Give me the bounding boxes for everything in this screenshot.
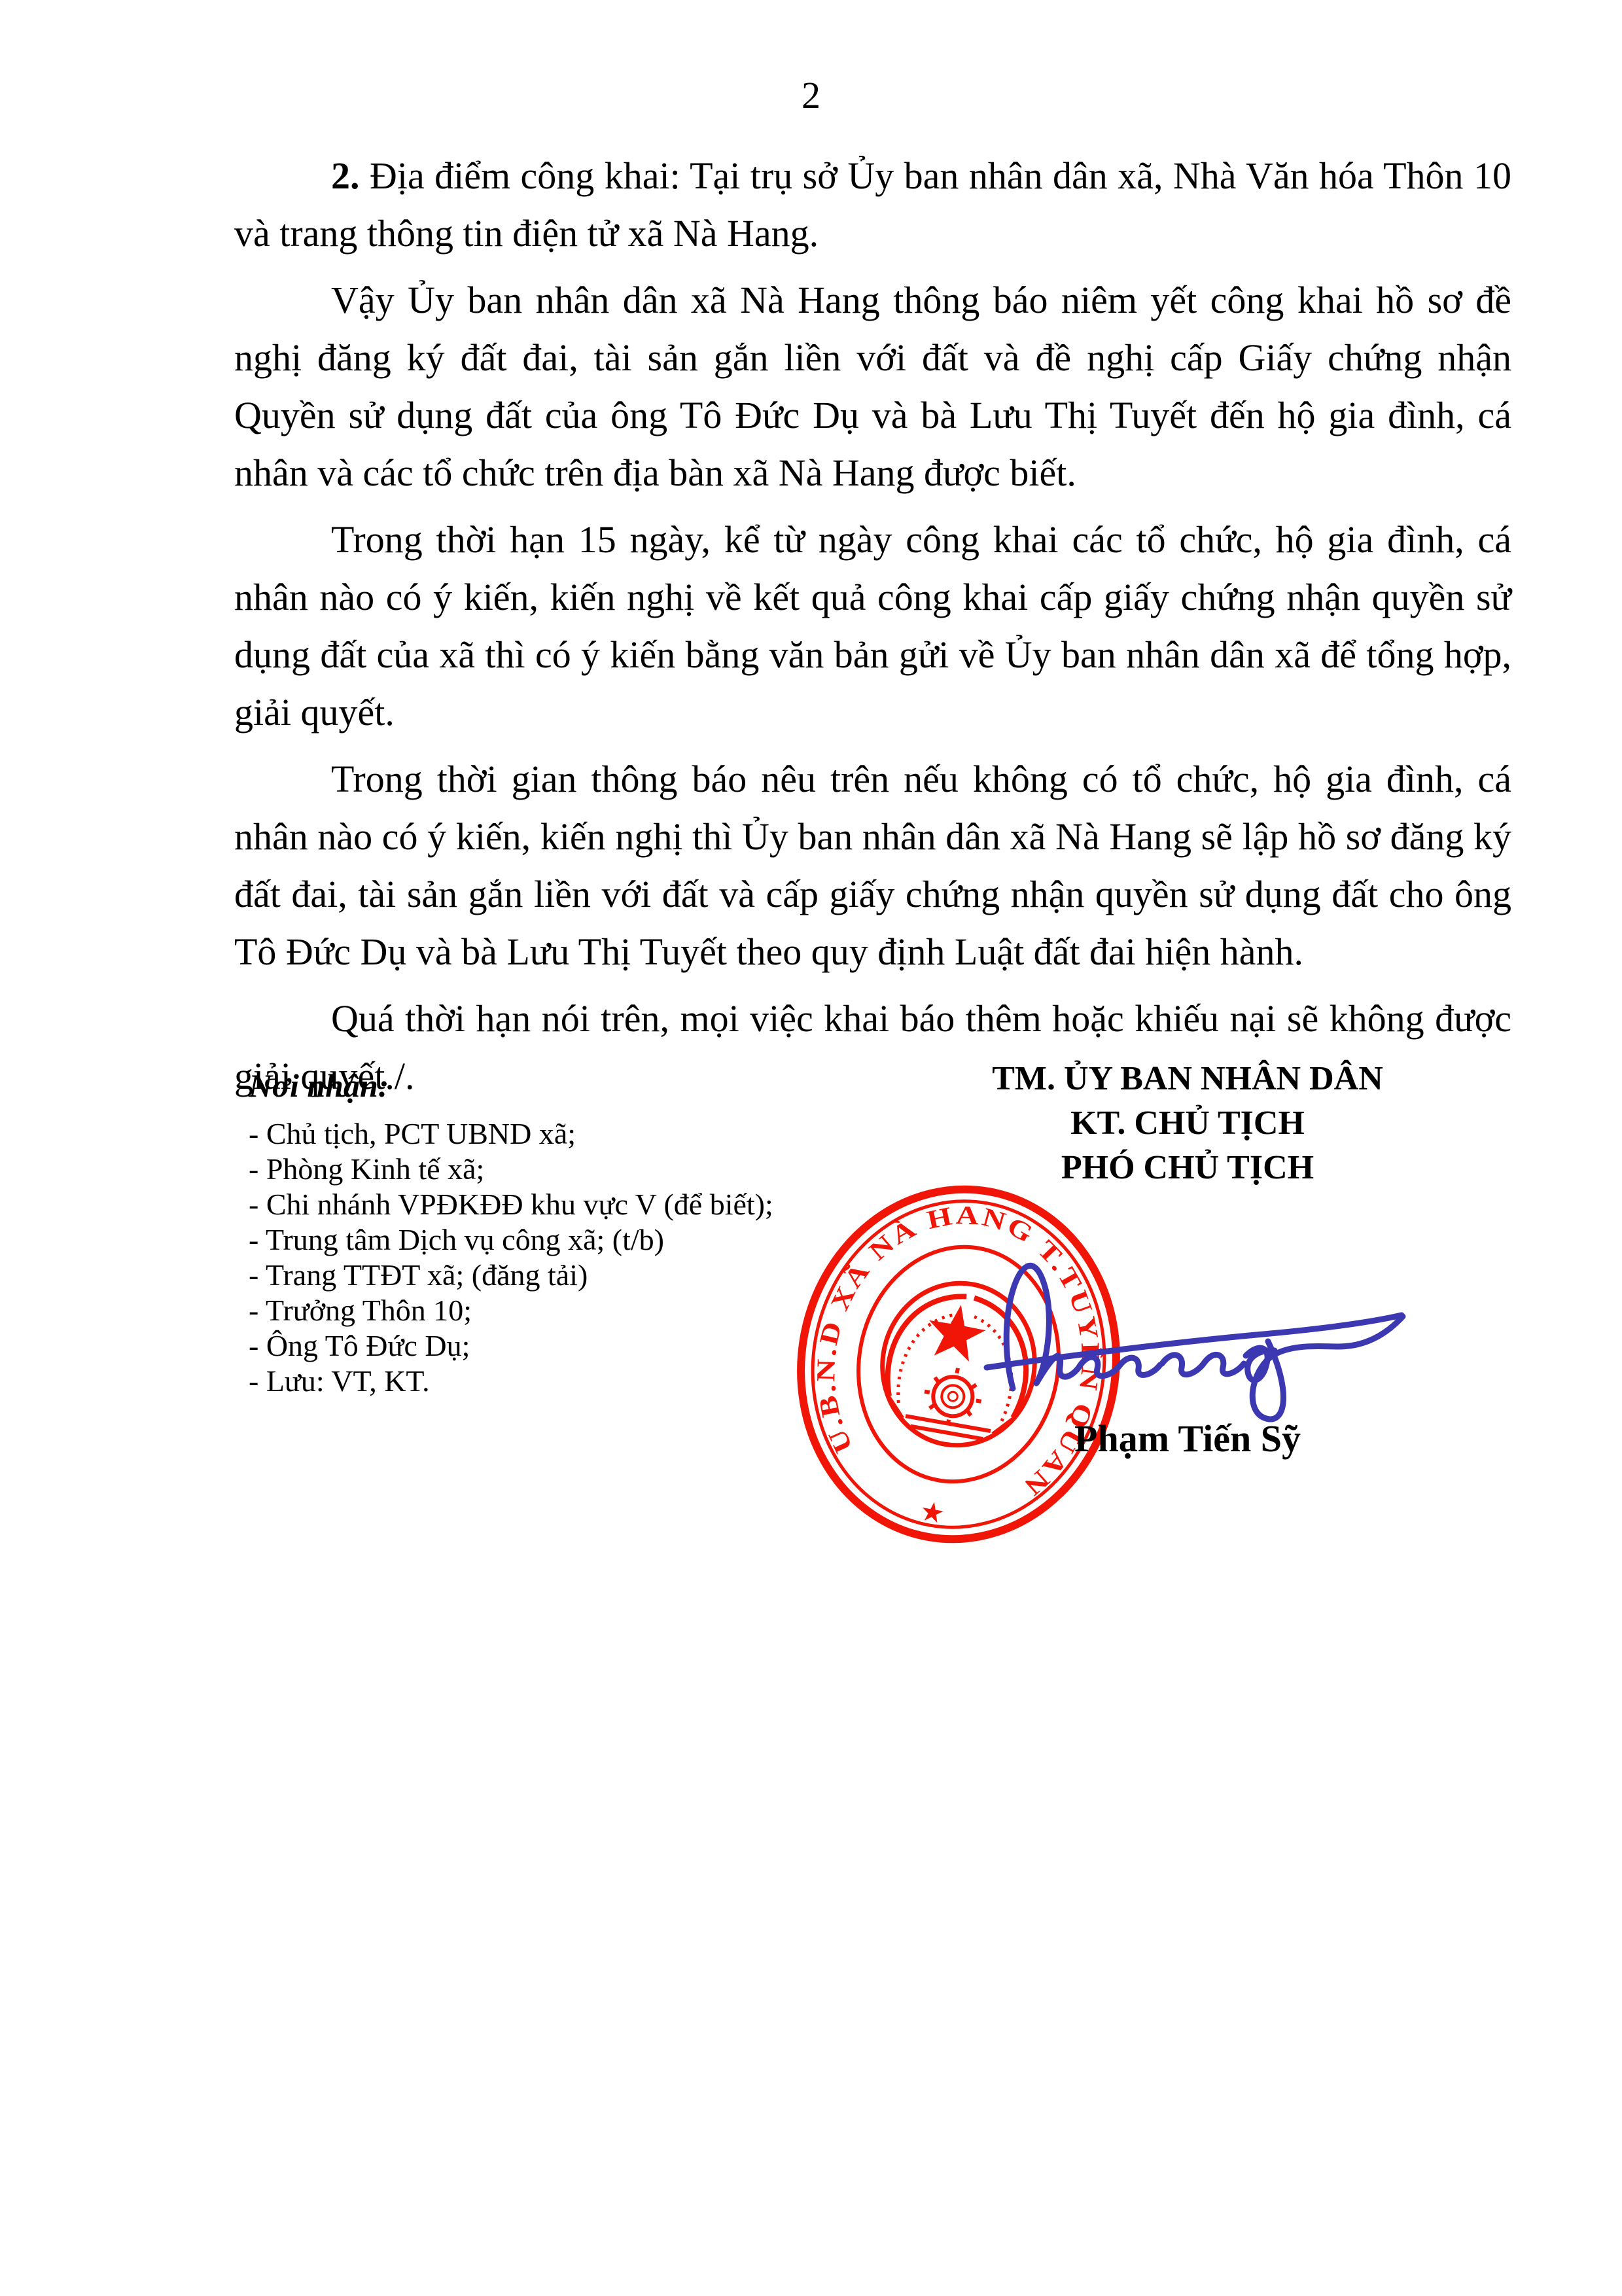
recipient-item: - Chủ tịch, PCT UBND xã; bbox=[249, 1116, 837, 1152]
recipients-label: Nơi nhận: bbox=[249, 1067, 837, 1104]
recipient-item: - Phòng Kinh tế xã; bbox=[249, 1152, 837, 1187]
recipient-item: - Chi nhánh VPĐKĐĐ khu vực V (để biết); bbox=[249, 1187, 837, 1222]
handwritten-signature bbox=[975, 1217, 1420, 1433]
document-body: 2. Địa điểm công khai: Tại trụ sở Ủy ban… bbox=[234, 147, 1511, 1114]
seal-bottom-star-icon: ★ bbox=[917, 1496, 947, 1530]
recipient-item: - Lưu: VT, KT. bbox=[249, 1364, 837, 1399]
authority-line-2: KT. CHỦ TỊCH bbox=[909, 1101, 1466, 1146]
signer-name: Phạm Tiến Sỹ bbox=[909, 1417, 1466, 1460]
paragraph-no-objection: Trong thời gian thông báo nêu trên nếu k… bbox=[234, 751, 1511, 981]
recipient-item: - Trung tâm Dịch vụ công xã; (t/b) bbox=[249, 1222, 837, 1258]
recipient-item: - Ông Tô Đức Dụ; bbox=[249, 1328, 837, 1364]
signature-ink-icon bbox=[975, 1217, 1420, 1433]
document-page: 2 2. Địa điểm công khai: Tại trụ sở Ủy b… bbox=[0, 0, 1622, 2296]
recipient-item: - Trang TTĐT xã; (đăng tải) bbox=[249, 1258, 837, 1293]
paragraph-location: 2. Địa điểm công khai: Tại trụ sở Ủy ban… bbox=[234, 147, 1511, 262]
paragraph-location-text: Địa điểm công khai: Tại trụ sở Ủy ban nh… bbox=[234, 154, 1511, 255]
recipients-block: Nơi nhận: - Chủ tịch, PCT UBND xã; - Phò… bbox=[249, 1067, 837, 1399]
paragraph-announcement: Vậy Ủy ban nhân dân xã Nà Hang thông báo… bbox=[234, 272, 1511, 502]
paragraph-deadline-15-days: Trong thời hạn 15 ngày, kể từ ngày công … bbox=[234, 511, 1511, 741]
recipient-item: - Trưởng Thôn 10; bbox=[249, 1293, 837, 1328]
signature-authority-block: TM. ỦY BAN NHÂN DÂN KT. CHỦ TỊCH PHÓ CHỦ… bbox=[909, 1057, 1466, 1190]
authority-line-1: TM. ỦY BAN NHÂN DÂN bbox=[909, 1057, 1466, 1101]
page-number: 2 bbox=[0, 73, 1622, 117]
paragraph-number: 2. bbox=[331, 154, 360, 197]
